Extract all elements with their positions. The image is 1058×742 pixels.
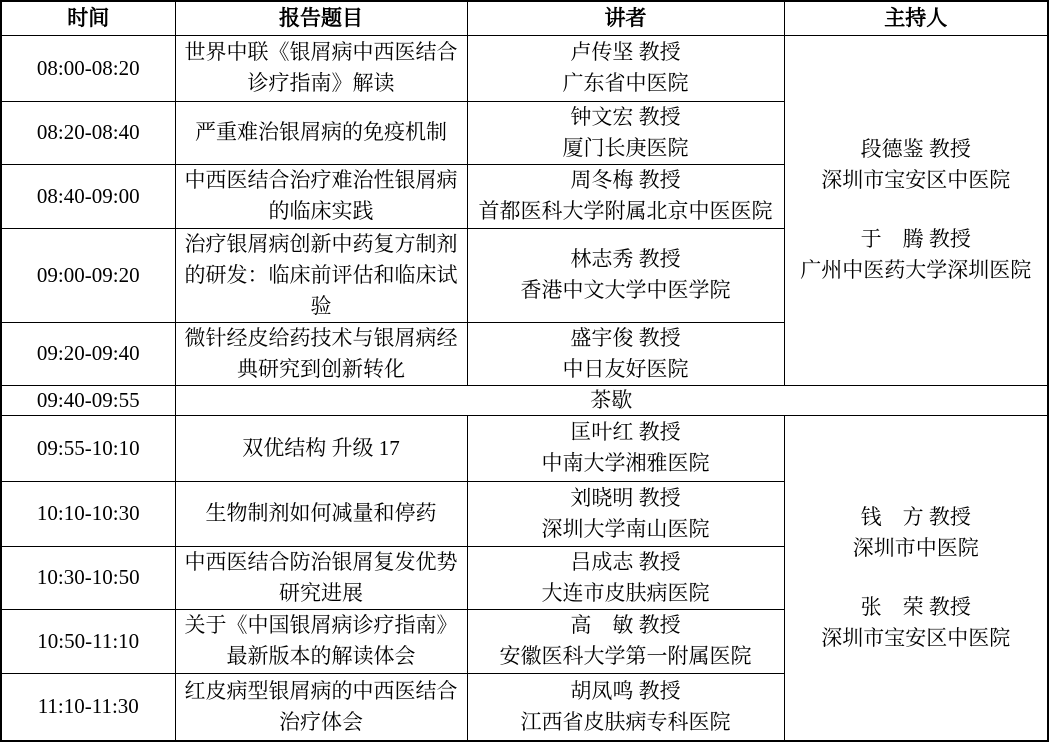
speaker-cell: 匡叶红 教授 中南大学湘雅医院 bbox=[467, 415, 784, 481]
tea-break-row: 09:40-09:55 茶歇 bbox=[1, 385, 1048, 415]
speaker-affiliation: 香港中文大学中医学院 bbox=[475, 275, 777, 306]
speaker-name: 吕成志 教授 bbox=[475, 547, 777, 578]
speaker-cell: 钟文宏 教授 厦门长庚医院 bbox=[467, 101, 784, 164]
speaker-cell: 刘晓明 教授 深圳大学南山医院 bbox=[467, 481, 784, 546]
speaker-name: 钟文宏 教授 bbox=[475, 102, 777, 133]
speaker-name: 盛宇俊 教授 bbox=[475, 323, 777, 354]
tea-break-label: 茶歇 bbox=[175, 385, 1048, 415]
speaker-cell: 林志秀 教授 香港中文大学中医学院 bbox=[467, 228, 784, 322]
speaker-cell: 吕成志 教授 大连市皮肤病医院 bbox=[467, 546, 784, 609]
title-cell: 严重难治银屑病的免疫机制 bbox=[175, 101, 467, 164]
time-cell: 10:50-11:10 bbox=[1, 609, 175, 673]
header-moderator: 主持人 bbox=[784, 1, 1048, 35]
title-cell: 红皮病型银屑病的中西医结合治疗体会 bbox=[175, 673, 467, 741]
moderator-name: 张 荣 教授 bbox=[793, 592, 1040, 623]
speaker-affiliation: 首都医科大学附属北京中医医院 bbox=[475, 196, 777, 227]
time-cell: 09:00-09:20 bbox=[1, 228, 175, 322]
time-cell: 08:20-08:40 bbox=[1, 101, 175, 164]
speaker-affiliation: 深圳大学南山医院 bbox=[475, 514, 777, 545]
speaker-cell: 周冬梅 教授 首都医科大学附属北京中医医院 bbox=[467, 164, 784, 228]
speaker-affiliation: 广东省中医院 bbox=[475, 68, 777, 99]
time-cell: 09:40-09:55 bbox=[1, 385, 175, 415]
speaker-name: 刘晓明 教授 bbox=[475, 483, 777, 514]
moderator-name: 段德鉴 教授 bbox=[793, 134, 1040, 165]
time-cell: 10:10-10:30 bbox=[1, 481, 175, 546]
title-cell: 关于《中国银屑病诊疗指南》最新版本的解读体会 bbox=[175, 609, 467, 673]
header-title: 报告题目 bbox=[175, 1, 467, 35]
header-row: 时间 报告题目 讲者 主持人 bbox=[1, 1, 1048, 35]
title-cell: 双优结构 升级 17 bbox=[175, 415, 467, 481]
time-cell: 11:10-11:30 bbox=[1, 673, 175, 741]
moderator-affiliation: 广州中医药大学深圳医院 bbox=[793, 255, 1040, 286]
speaker-affiliation: 大连市皮肤病医院 bbox=[475, 578, 777, 609]
moderator-affiliation: 深圳市中医院 bbox=[793, 533, 1040, 564]
title-cell: 中西医结合治疗难治性银屑病的临床实践 bbox=[175, 164, 467, 228]
speaker-cell: 高 敏 教授 安徽医科大学第一附属医院 bbox=[467, 609, 784, 673]
speaker-cell: 卢传坚 教授 广东省中医院 bbox=[467, 35, 784, 101]
title-cell: 治疗银屑病创新中药复方制剂的研发：临床前评估和临床试验 bbox=[175, 228, 467, 322]
speaker-name: 匡叶红 教授 bbox=[475, 417, 777, 448]
moderator-gap bbox=[793, 196, 1040, 224]
time-cell: 08:00-08:20 bbox=[1, 35, 175, 101]
speaker-affiliation: 江西省皮肤病专科医院 bbox=[475, 707, 777, 738]
speaker-affiliation: 中南大学湘雅医院 bbox=[475, 448, 777, 479]
time-cell: 09:55-10:10 bbox=[1, 415, 175, 481]
time-cell: 09:20-09:40 bbox=[1, 322, 175, 385]
time-cell: 10:30-10:50 bbox=[1, 546, 175, 609]
moderator-cell: 钱 方 教授 深圳市中医院 张 荣 教授 深圳市宝安区中医院 bbox=[784, 415, 1048, 741]
speaker-name: 胡凤鸣 教授 bbox=[475, 676, 777, 707]
speaker-cell: 胡凤鸣 教授 江西省皮肤病专科医院 bbox=[467, 673, 784, 741]
speaker-affiliation: 厦门长庚医院 bbox=[475, 133, 777, 164]
moderator-name: 钱 方 教授 bbox=[793, 502, 1040, 533]
header-time: 时间 bbox=[1, 1, 175, 35]
moderator-cell: 段德鉴 教授 深圳市宝安区中医院 于 腾 教授 广州中医药大学深圳医院 bbox=[784, 35, 1048, 385]
title-cell: 微针经皮给药技术与银屑病经典研究到创新转化 bbox=[175, 322, 467, 385]
speaker-affiliation: 安徽医科大学第一附属医院 bbox=[475, 641, 777, 672]
title-cell: 生物制剂如何减量和停药 bbox=[175, 481, 467, 546]
speaker-name: 林志秀 教授 bbox=[475, 244, 777, 275]
moderator-gap bbox=[793, 564, 1040, 592]
program-table: 时间 报告题目 讲者 主持人 08:00-08:20 世界中联《银屑病中西医结合… bbox=[0, 0, 1049, 742]
title-cell: 世界中联《银屑病中西医结合诊疗指南》解读 bbox=[175, 35, 467, 101]
time-cell: 08:40-09:00 bbox=[1, 164, 175, 228]
speaker-affiliation: 中日友好医院 bbox=[475, 354, 777, 385]
table-row: 08:00-08:20 世界中联《银屑病中西医结合诊疗指南》解读 卢传坚 教授 … bbox=[1, 35, 1048, 101]
moderator-affiliation: 深圳市宝安区中医院 bbox=[793, 165, 1040, 196]
speaker-name: 周冬梅 教授 bbox=[475, 165, 777, 196]
moderator-affiliation: 深圳市宝安区中医院 bbox=[793, 623, 1040, 654]
speaker-name: 高 敏 教授 bbox=[475, 610, 777, 641]
speaker-cell: 盛宇俊 教授 中日友好医院 bbox=[467, 322, 784, 385]
moderator-name: 于 腾 教授 bbox=[793, 224, 1040, 255]
title-cell: 中西医结合防治银屑复发优势研究进展 bbox=[175, 546, 467, 609]
table-row: 09:55-10:10 双优结构 升级 17 匡叶红 教授 中南大学湘雅医院 钱… bbox=[1, 415, 1048, 481]
speaker-name: 卢传坚 教授 bbox=[475, 37, 777, 68]
header-speaker: 讲者 bbox=[467, 1, 784, 35]
